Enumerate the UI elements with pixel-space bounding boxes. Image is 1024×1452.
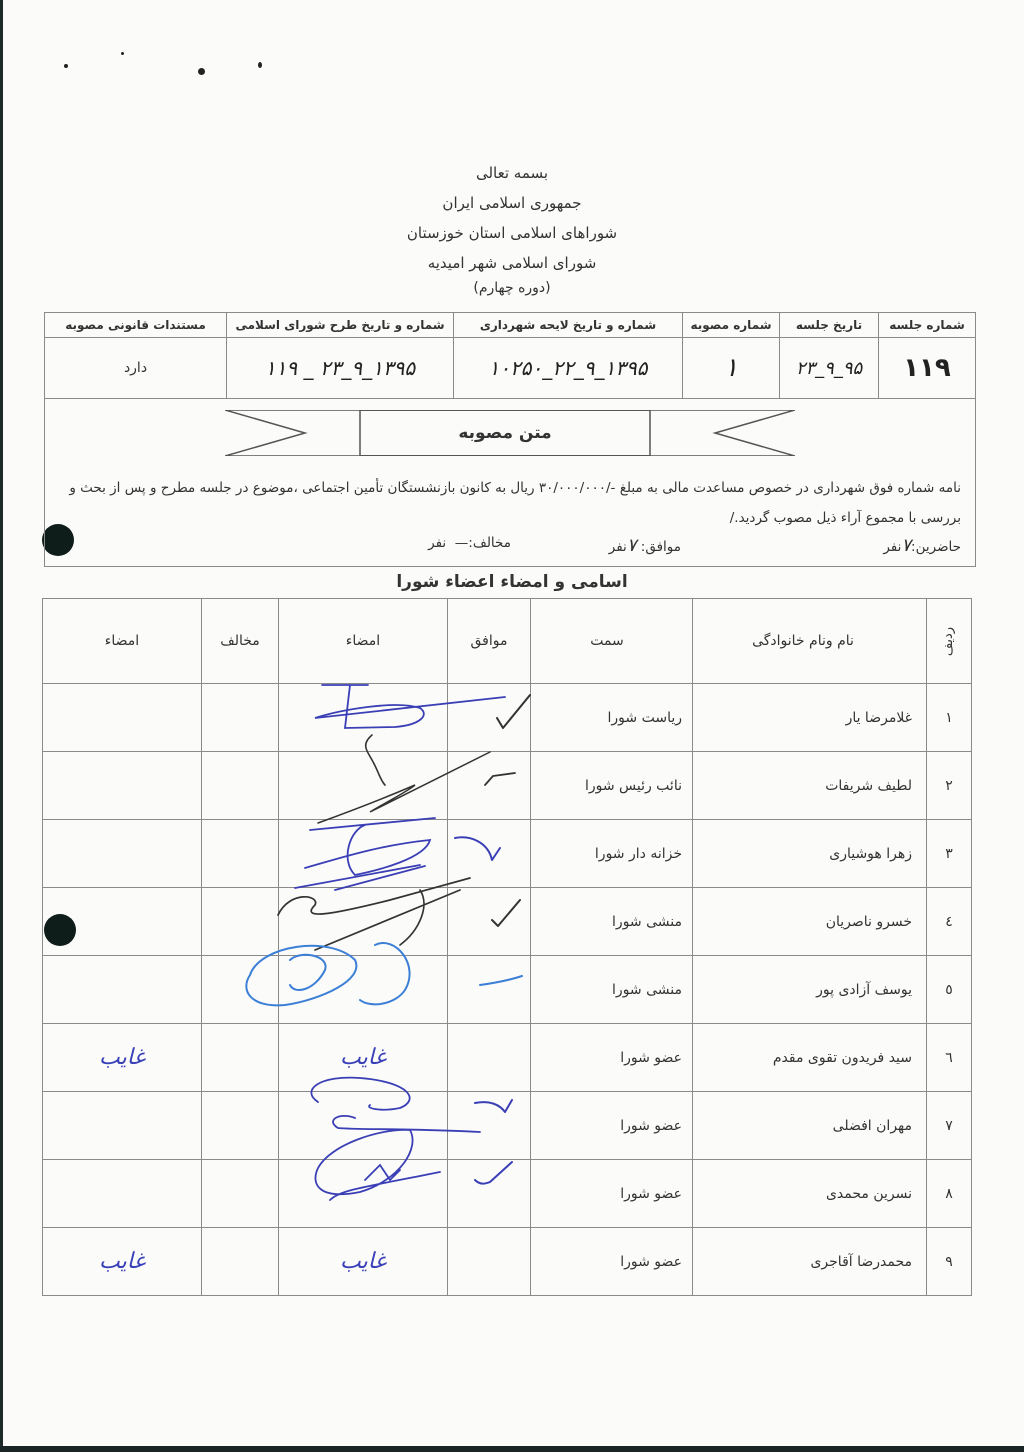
signature2-cell	[43, 820, 202, 888]
resolution-box: متن مصوبه نامه شماره فوق شهرداری در خصوص…	[44, 395, 976, 567]
member-name: سید فریدون تقوی مقدم	[693, 1024, 927, 1092]
scan-speck	[64, 64, 68, 68]
row-index: ۲	[927, 752, 972, 820]
row-index: ۹	[927, 1228, 972, 1296]
resolution-title: متن مصوبه	[360, 410, 650, 456]
row-index: ۷	[927, 1092, 972, 1160]
table-row: ۳ زهرا هوشیاری خزانه دار شورا	[43, 820, 972, 888]
row-index: ٦	[927, 1024, 972, 1092]
row-index: ٤	[927, 888, 972, 956]
member-name: زهرا هوشیاری	[693, 820, 927, 888]
member-role: ریاست شورا	[531, 684, 693, 752]
col-oppose-header: مخالف	[202, 599, 279, 684]
oppose-cell	[202, 820, 279, 888]
signature-cell: غایب	[279, 1024, 448, 1092]
agree-cell	[448, 1160, 531, 1228]
signature2-cell: غایب	[43, 1228, 202, 1296]
absent-mark: غایب	[99, 1045, 145, 1070]
oppose-cell	[202, 1092, 279, 1160]
member-role: منشی شورا	[531, 888, 693, 956]
session-no-value: ۱۱۹	[879, 338, 976, 399]
table-row: ٦ سید فریدون تقوی مقدم عضو شورا غایب غای…	[43, 1024, 972, 1092]
row-index: ٥	[927, 956, 972, 1024]
agree-cell	[448, 1024, 531, 1092]
absent-mark: غایب	[99, 1249, 145, 1274]
table-row: ٤ خسرو ناصریان منشی شورا	[43, 888, 972, 956]
col-signature-header: امضاء	[279, 599, 448, 684]
signature-cell: غایب	[279, 1228, 448, 1296]
header-country: جمهوری اسلامی ایران	[0, 188, 1024, 218]
agree-cell	[448, 888, 531, 956]
col-agree-header: موافق	[448, 599, 531, 684]
header-session-date: تاریخ جلسه	[780, 313, 879, 338]
col-signature2-header: امضاء	[43, 599, 202, 684]
oppose-count: مخالف:— نفر	[428, 535, 511, 551]
oppose-cell	[202, 956, 279, 1024]
header-session-no: شماره جلسه	[879, 313, 976, 338]
member-name: خسرو ناصریان	[693, 888, 927, 956]
col-role-header: سمت	[531, 599, 693, 684]
table-row: ۸ نسرین محمدی عضو شورا	[43, 1160, 972, 1228]
signature2-cell	[43, 752, 202, 820]
header-plan-no-date: شماره و تاریخ طرح شورای اسلامی	[227, 313, 454, 338]
signature-cell	[279, 888, 448, 956]
oppose-cell	[202, 1228, 279, 1296]
oppose-cell	[202, 684, 279, 752]
document-header: بسمه تعالی جمهوری اسلامی ایران شوراهای ا…	[0, 158, 1024, 298]
session-date-value: ۹۵_۹_۲۳	[780, 338, 879, 399]
agree-cell	[448, 752, 531, 820]
member-role: منشی شورا	[531, 956, 693, 1024]
member-name: نسرین محمدی	[693, 1160, 927, 1228]
agree-count: موافق: ۷نفر	[609, 535, 681, 556]
signature2-cell	[43, 956, 202, 1024]
resolution-meta-table: شماره جلسه تاریخ جلسه شماره مصوبه شماره …	[44, 312, 976, 399]
header-resolution-no: شماره مصوبه	[683, 313, 780, 338]
agree-cell	[448, 820, 531, 888]
member-role: عضو شورا	[531, 1160, 693, 1228]
signature-cell	[279, 1160, 448, 1228]
member-name: لطیف شریفات	[693, 752, 927, 820]
table-row: ٥ یوسف آزادی پور منشی شورا	[43, 956, 972, 1024]
present-value: ۷	[901, 535, 911, 556]
row-index: ۸	[927, 1160, 972, 1228]
member-role: عضو شورا	[531, 1024, 693, 1092]
members-section-title: اسامی و امضاء اعضاء شورا	[0, 572, 1024, 592]
scan-speck	[121, 52, 124, 55]
signature-cell	[279, 820, 448, 888]
header-legal-docs: مستندات قانونی مصوبه	[45, 313, 227, 338]
row-index: ۱	[927, 684, 972, 752]
agree-value: ۷	[627, 535, 637, 556]
member-role: نائب رئیس شورا	[531, 752, 693, 820]
member-name: غلامرضا یار	[693, 684, 927, 752]
row-index: ۳	[927, 820, 972, 888]
plan-no-date-value: ۱۳۹۵_۹_۲۳ _ ۱۱۹	[227, 338, 454, 399]
member-name: محمدرضا آقاجری	[693, 1228, 927, 1296]
absent-mark: غایب	[340, 1249, 386, 1274]
absent-mark: غایب	[340, 1045, 386, 1070]
signature-cell	[279, 956, 448, 1024]
table-row: ۱ غلامرضا یار ریاست شورا	[43, 684, 972, 752]
agree-cell	[448, 956, 531, 1024]
scan-speck	[198, 68, 205, 75]
oppose-cell	[202, 888, 279, 956]
signature2-cell: غایب	[43, 1024, 202, 1092]
members-table: ردیف نام ونام خانوادگی سمت موافق امضاء م…	[42, 598, 972, 1296]
agree-cell	[448, 1228, 531, 1296]
present-count: حاضرین:۷نفر	[883, 535, 961, 556]
header-province-councils: شوراهای اسلامی استان خوزستان	[0, 218, 1024, 248]
bill-no-date-value: ۱۳۹۵_۹_۲۲_۱۰۲۵۰	[454, 338, 683, 399]
legal-docs-value: دارد	[45, 338, 227, 399]
col-index-header: ردیف	[927, 599, 972, 684]
agree-cell	[448, 1092, 531, 1160]
col-name-header: نام ونام خانوادگی	[693, 599, 927, 684]
scan-speck	[258, 62, 262, 68]
header-term: (دوره چهارم)	[0, 278, 1024, 298]
signature-cell	[279, 1092, 448, 1160]
member-role: خزانه دار شورا	[531, 820, 693, 888]
signature-cell	[279, 684, 448, 752]
resolution-text: نامه شماره فوق شهرداری در خصوص مساعدت ما…	[51, 473, 961, 533]
scan-edge	[0, 1446, 1024, 1452]
signature2-cell	[43, 1092, 202, 1160]
oppose-cell	[202, 752, 279, 820]
signature2-cell	[43, 888, 202, 956]
header-city-council: شورای اسلامی شهر امیدیه	[0, 248, 1024, 278]
signature-cell	[279, 752, 448, 820]
oppose-cell	[202, 1160, 279, 1228]
members-header-row: ردیف نام ونام خانوادگی سمت موافق امضاء م…	[43, 599, 972, 684]
oppose-value: —	[455, 535, 469, 551]
signature2-cell	[43, 1160, 202, 1228]
member-name: یوسف آزادی پور	[693, 956, 927, 1024]
table-row: ۷ مهران افضلی عضو شورا	[43, 1092, 972, 1160]
member-role: عضو شورا	[531, 1228, 693, 1296]
member-name: مهران افضلی	[693, 1092, 927, 1160]
header-basmala: بسمه تعالی	[0, 158, 1024, 188]
table-row: ۹ محمدرضا آقاجری عضو شورا غایب غایب	[43, 1228, 972, 1296]
table-row: ۲ لطیف شریفات نائب رئیس شورا	[43, 752, 972, 820]
oppose-cell	[202, 1024, 279, 1092]
header-bill-no-date: شماره و تاریخ لایحه شهرداری	[454, 313, 683, 338]
resolution-no-value: ۱	[683, 338, 780, 399]
member-role: عضو شورا	[531, 1092, 693, 1160]
agree-cell	[448, 684, 531, 752]
signature2-cell	[43, 684, 202, 752]
